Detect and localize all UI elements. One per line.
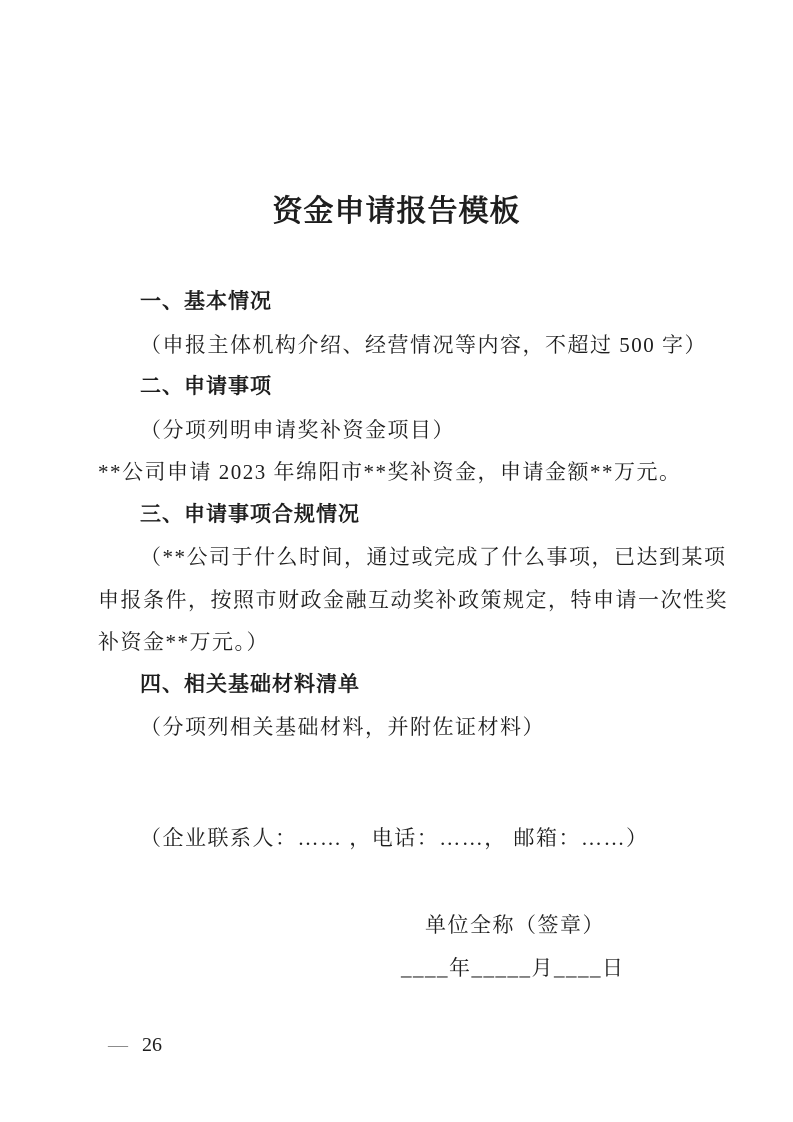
section-2-body-line: **公司申请 2023 年绵阳市**奖补资金，申请金额**万元。 [98, 451, 712, 494]
section-3-heading: 三、申请事项合规情况 [98, 494, 712, 537]
section-2-body-line: （分项列明申请奖补资金项目） [98, 409, 712, 452]
signature-date-line: ____年_____月____日 [401, 947, 625, 990]
section-1-heading: 一、基本情况 [98, 281, 712, 324]
section-1-body-line: （申报主体机构介绍、经营情况等内容，不超过 500 字） [98, 324, 712, 367]
document-body: 一、基本情况 （申报主体机构介绍、经营情况等内容，不超过 500 字） 二、申请… [98, 281, 712, 749]
section-4-heading: 四、相关基础材料清单 [98, 664, 712, 707]
section-3-body-line: （**公司于什么时间，通过或完成了什么事项，已达到某项 [98, 536, 712, 579]
signature-org-line: 单位全称（签章） [425, 904, 605, 947]
document-title: 资金申请报告模板 [0, 190, 793, 234]
section-3-body-line: 申报条件，按照市财政金融互动奖补政策规定，特申请一次性奖 [98, 579, 712, 622]
section-4-body-line: （分项列相关基础材料，并附佐证材料） [98, 706, 712, 749]
footer-dash: — [108, 1034, 128, 1056]
section-2-heading: 二、申请事项 [98, 366, 712, 409]
page-footer: —26 [108, 1033, 162, 1057]
section-3-body-line: 补资金**万元。） [98, 621, 712, 664]
page-number: 26 [142, 1034, 162, 1056]
contact-info-line: （企业联系人：…… ，电话：……， 邮箱：……） [98, 817, 712, 860]
document-page: 资金申请报告模板 一、基本情况 （申报主体机构介绍、经营情况等内容，不超过 50… [0, 0, 793, 1122]
